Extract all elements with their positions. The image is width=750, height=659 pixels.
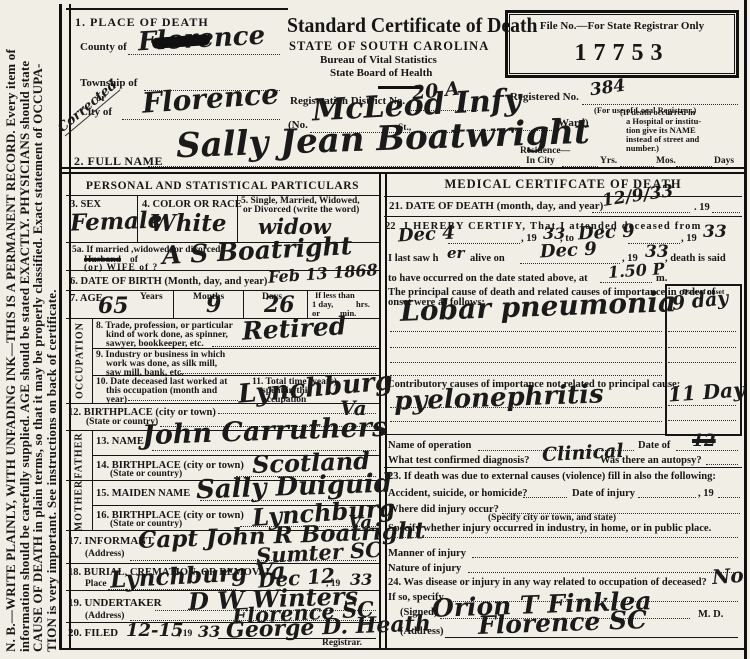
dotted-line — [390, 407, 662, 408]
mos-label: Mos. — [656, 157, 676, 167]
dotted-line — [676, 166, 712, 167]
date-of-operation-label: Date of — [638, 440, 670, 451]
dotted-line — [712, 212, 740, 213]
physician-address-label: (Address) — [400, 626, 444, 637]
row-line — [92, 348, 379, 349]
dotted-line — [718, 497, 740, 498]
row-line — [384, 216, 742, 217]
bottom-border — [59, 648, 744, 650]
cell-divider — [173, 290, 174, 318]
row-line — [66, 403, 379, 404]
margin-note-line: CAUSE OF DEATH in plain terms, so that i… — [31, 4, 45, 652]
margin-note-line: TION is very important. See instructions… — [45, 4, 59, 652]
manner-label: Manner of injury — [388, 548, 466, 559]
certify-number: 22 — [385, 221, 396, 232]
state-line: STATE OF SOUTH CAROLINA — [289, 40, 489, 53]
death-certificate-scan: { "note": { "l1": "N. B.—WRITE PLAINLY, … — [0, 0, 750, 659]
operation-label: Name of operation — [388, 440, 471, 451]
undertaker-address-label: (Address) — [85, 612, 124, 622]
dotted-line — [668, 362, 736, 363]
injury-19-label: , 19 — [698, 488, 714, 499]
last-saw-date-value: Dec 9 — [540, 241, 598, 263]
medical-header: MEDICAL CERTIFCATE OF DEATH — [384, 178, 742, 191]
occupation-cell-divider — [92, 318, 93, 403]
in-city-label: In City — [526, 157, 555, 167]
her-value: er — [447, 246, 464, 262]
registrar-label: Registrar. — [322, 639, 362, 649]
related-occupation-value: No — [711, 565, 744, 588]
mother-vertical-label: MOTHER — [74, 466, 85, 546]
date-of-scribble: 12 — [692, 433, 716, 451]
file-number-label: File No.—For State Registrar Only — [508, 21, 736, 33]
occupation-value: Retired — [241, 313, 347, 345]
death-said-label: , death is said — [665, 253, 726, 264]
dotted-line — [390, 375, 662, 376]
race-value: White — [150, 212, 227, 236]
years-label: Years — [140, 293, 163, 303]
dotted-line — [668, 420, 736, 421]
row-line — [384, 196, 742, 197]
accident-label: Accident, suicide, or homicide? — [388, 488, 528, 499]
father-name-label: 13. NAME — [96, 436, 144, 447]
file-number-value: 17753 — [508, 41, 736, 66]
dotted-line — [668, 347, 736, 348]
father-name-value: John Carruthers — [142, 414, 388, 451]
dob-label: 6. DATE OF BIRTH (Month, day, and year) — [70, 276, 267, 287]
occupation-vertical-label: OCCUPATION — [75, 321, 86, 401]
external-causes-label: 23. If death was due to external causes … — [388, 471, 716, 482]
bureau-line: Bureau of Vital Statistics — [320, 55, 437, 67]
column-divider — [379, 172, 387, 648]
margin-note-line: N. B.—WRITE PLAINLY, WITH UNFADING INK—T… — [4, 4, 18, 652]
to-year-value: 33 — [703, 224, 727, 242]
undertaker-label: 19. UNDERTAKER — [68, 598, 162, 610]
dotted-line — [390, 347, 662, 348]
md-label: M. D. — [698, 609, 723, 620]
cell-divider — [243, 290, 244, 318]
last-saw-label: I last saw h — [388, 253, 438, 264]
personal-header: PERSONAL AND STATISTICAL PARTICULARS — [66, 180, 379, 192]
county-label: County of — [80, 42, 127, 54]
certificate-title: Standard Certificate of Death — [287, 14, 538, 36]
related-occupation-label: 24. Was disease or injury in any way rel… — [388, 577, 707, 588]
dotted-line — [592, 212, 690, 213]
left-double-border — [59, 4, 71, 650]
informant-address-label: (Address) — [85, 550, 124, 560]
dotted-line — [128, 400, 238, 401]
specify-where-label: Specify whether injury occurred in indus… — [388, 523, 711, 534]
filed-date-value: 12-15 — [126, 622, 184, 641]
occurred-label: to have occurred on the date stated abov… — [388, 273, 588, 284]
sex-value: Female — [70, 208, 163, 235]
autopsy-label: Was there an autopsy? — [600, 455, 702, 466]
signature-line — [445, 637, 738, 638]
alive-on-label: alive on — [470, 253, 505, 264]
dotted-line — [638, 497, 696, 498]
dotted-line — [212, 346, 376, 347]
dotted-line — [390, 421, 662, 422]
dotted-line — [390, 331, 662, 332]
hospital-note-5: number.) — [626, 144, 659, 153]
margin-instructions: N. B.—WRITE PLAINLY, WITH UNFADING INK—T… — [4, 4, 58, 652]
dotted-line — [148, 166, 520, 167]
filed-label: 20. FILED — [68, 628, 118, 640]
nature-label: Nature of injury — [388, 563, 461, 574]
dotted-line — [620, 166, 654, 167]
dotted-line — [523, 497, 567, 498]
dob-value: Feb 13 1868 — [268, 262, 379, 286]
dotted-line — [668, 331, 736, 332]
dotted-line — [472, 557, 738, 558]
father-birthplace-sub: (State or country) — [110, 470, 182, 480]
physician-address-value: Florence SC — [478, 607, 648, 639]
header-divider — [59, 167, 744, 174]
days-label: Days — [714, 157, 734, 167]
dotted-line — [562, 166, 598, 167]
file-number-box: File No.—For State Registrar Only 17753 — [505, 10, 739, 78]
city-value: Florence — [141, 79, 280, 118]
dotted-line — [520, 263, 620, 264]
registered-no-value: 384 — [589, 78, 627, 101]
yrs-label: Yrs. — [600, 157, 617, 167]
dotted-line — [468, 572, 738, 573]
dotted-line — [390, 362, 662, 363]
date-of-death-19: . 19 — [694, 202, 710, 213]
contributory-value: pyelonephritis — [394, 381, 605, 416]
test-label: What test confirmed diagnosis? — [388, 455, 529, 466]
m-label: m. — [656, 273, 667, 284]
hrs-label: hrs. — [356, 300, 370, 309]
filed-19-label: , 19 — [178, 630, 192, 640]
dotted-line — [600, 282, 652, 283]
dotted-line — [390, 537, 738, 538]
right-border — [744, 0, 747, 659]
margin-note-line: information should be carefully supplied… — [18, 4, 32, 652]
wife-of-label: (or) WIFE of ? — [84, 264, 158, 274]
injury-date-label: Date of injury — [572, 488, 635, 499]
row-line — [384, 467, 742, 468]
field10-label-3: year) — [106, 396, 127, 406]
contributory-onset-value: 11 Day — [667, 379, 745, 405]
where-injury-label: Where did injury occur? — [388, 504, 499, 515]
burial-place-label: Place — [85, 580, 107, 590]
maiden-name-label: 15. MAIDEN NAME — [96, 488, 190, 499]
board-line: State Board of Health — [330, 68, 432, 80]
date-of-death-label: 21. DATE OF DEATH (month, day, and year) — [389, 201, 603, 213]
row-line — [384, 434, 742, 435]
top-border — [66, 8, 288, 10]
to-19-label: , 19 — [681, 233, 697, 244]
from-19-label: , 19 — [521, 233, 537, 244]
filed-year-value: 33 — [198, 624, 220, 641]
dotted-line — [676, 450, 738, 451]
principal-cause-value: Lobar pneumonia — [400, 287, 677, 326]
age-months-value: 9 — [206, 294, 221, 317]
dotted-line — [706, 464, 738, 465]
age-years-value: 65 — [98, 295, 129, 318]
